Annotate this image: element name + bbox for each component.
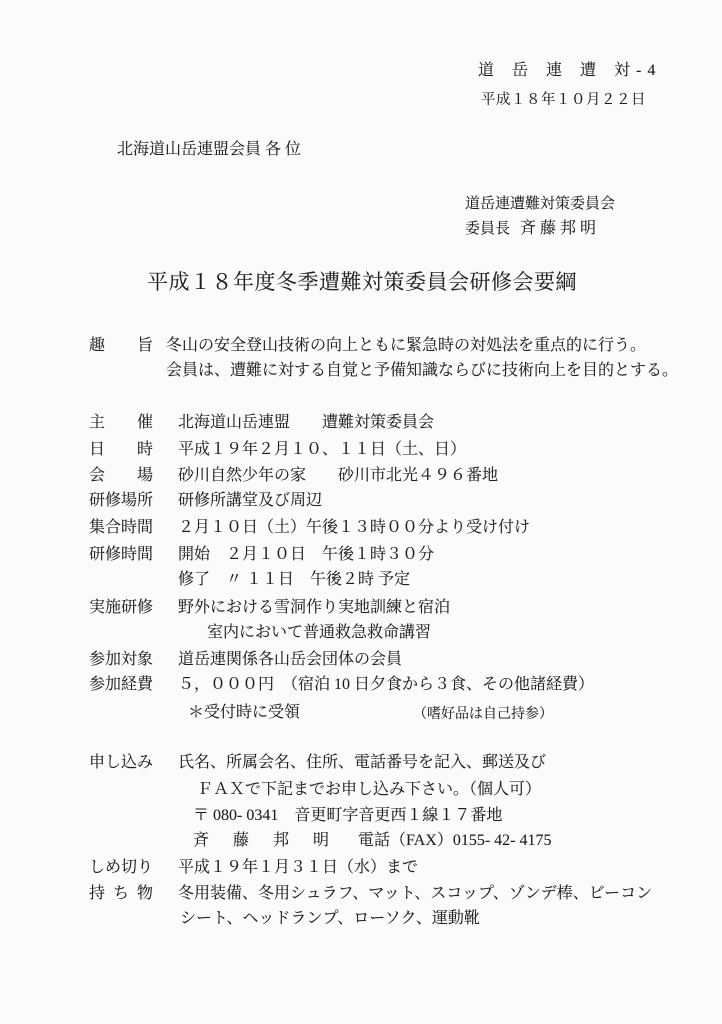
purpose-row-1: 趣旨 冬山の安全登山技術の向上ともに緊急時の対処法を重点的に行う。	[0, 335, 722, 357]
field-value: 〒 080- 0341 音更町字音更西１線１７番地	[193, 805, 502, 827]
field-value: 修了 〃 １１日 午後２時 予定	[178, 569, 410, 591]
field-label: 申し込み	[89, 752, 153, 774]
field-row-belongings: 持ち物 冬用装備、冬用シュラフ、マット、スコップ、ゾンデ棒、ビーコン	[0, 883, 722, 905]
field-row-application-2: ＦＡＸで下記までお申し込み下さい。（個人可）	[0, 779, 722, 801]
field-value: 平成１９年２月１０、１１日（土、日）	[178, 439, 466, 461]
field-row-belongings-2: シート、ヘッドランプ、ローソク、運動靴	[0, 908, 722, 930]
contact-phone: 電話（FAX）0155- 42- 4175	[358, 830, 551, 852]
field-row-fee: 参加経費 ５，０００円 （宿泊 10 日夕食から３食、その他諸経費）	[0, 674, 722, 696]
field-row-application-contact: 斉 藤 邦 明 電話（FAX）0155- 42- 4175	[0, 830, 722, 852]
field-row-deadline: しめ切り 平成１９年１月３１日（水）まで	[0, 857, 722, 879]
field-label: 研修時間	[89, 544, 153, 566]
field-row-venue: 会場 砂川自然少年の家 砂川市北光４９６番地	[0, 465, 722, 487]
sender-line: 委員長斉 藤 邦 明	[465, 218, 596, 240]
field-row-training-time-end: 修了 〃 １１日 午後２時 予定	[0, 569, 722, 591]
document-title: 平成１８年度冬季遭難対策委員会研修会要綱	[147, 271, 577, 293]
addressee-line: 北海道山岳連盟会員 各 位	[117, 139, 301, 161]
contact-name: 斉 藤 邦 明	[193, 830, 333, 852]
field-label: 参加経費	[89, 674, 153, 696]
field-value: シート、ヘッドランプ、ローソク、運動靴	[180, 908, 480, 930]
sender-name: 斉 藤 邦 明	[520, 220, 596, 237]
field-value: 冬用装備、冬用シュラフ、マット、スコップ、ゾンデ棒、ビーコン	[178, 883, 652, 905]
field-label: 日時	[89, 439, 153, 461]
field-row-training-time: 研修時間 開始 ２月１０日 午後１時３０分	[0, 544, 722, 566]
field-value: ２月１０日（土）午後１３時００分より受け付け	[178, 517, 530, 539]
sender-role: 委員長	[465, 221, 510, 237]
field-row-eligibility: 参加対象 道岳連関係各山岳会団体の会員	[0, 649, 722, 671]
field-value: 氏名、所属会名、住所、電話番号を記入、郵送及び	[178, 752, 546, 774]
field-row-organizer: 主催 北海道山岳連盟 遭難対策委員会	[0, 412, 722, 434]
field-value: 研修所講堂及び周辺	[178, 490, 322, 512]
field-value: 室内において普通救急救命講習	[207, 622, 431, 644]
field-row-training-content-2: 室内において普通救急救命講習	[0, 622, 722, 644]
field-row-training-place: 研修場所 研修所講堂及び周辺	[0, 490, 722, 512]
field-value: 砂川自然少年の家 砂川市北光４９６番地	[178, 465, 498, 487]
field-row-datetime: 日時 平成１９年２月１０、１１日（土、日）	[0, 439, 722, 461]
field-row-application: 申し込み 氏名、所属会名、住所、電話番号を記入、郵送及び	[0, 752, 722, 774]
field-value: 北海道山岳連盟 遭難対策委員会	[178, 412, 434, 434]
purpose-label: 趣旨	[89, 335, 153, 357]
field-value: 開始 ２月１０日 午後１時３０分	[178, 544, 434, 566]
field-value: 平成１９年１月３１日（水）まで	[178, 857, 418, 879]
field-row-training-content: 実施研修 野外における雪洞作り実地訓練と宿泊	[0, 597, 722, 619]
purpose-line: 冬山の安全登山技術の向上ともに緊急時の対処法を重点的に行う。	[166, 335, 646, 357]
field-row-fee-note: ＊受付時に受領 （嗜好品は自己持参）	[0, 702, 722, 724]
field-value: 道岳連関係各山岳会団体の会員	[178, 649, 402, 671]
field-label: 実施研修	[89, 597, 153, 619]
field-value: ＦＡＸで下記までお申し込み下さい。（個人可）	[197, 779, 541, 801]
fee-note-main: ＊受付時に受領	[188, 702, 300, 724]
field-label: 研修場所	[89, 490, 153, 512]
scanned-document-page: 道 岳 連 遭 対 - 4 平成１８年１０月２２日 北海道山岳連盟会員 各 位 …	[0, 0, 722, 1024]
field-label: 持ち物	[89, 883, 153, 905]
field-label: しめ切り	[89, 857, 153, 879]
purpose-line: 会員は、遭難に対する自覚と予備知識ならびに技術向上を目的とする。	[166, 360, 678, 382]
field-row-application-address: 〒 080- 0341 音更町字音更西１線１７番地	[0, 805, 722, 827]
sender-organization: 道岳連遭難対策委員会	[465, 193, 615, 215]
field-label: 集合時間	[89, 517, 153, 539]
field-row-meeting-time: 集合時間 ２月１０日（土）午後１３時００分より受け付け	[0, 517, 722, 539]
purpose-row-2: 会員は、遭難に対する自覚と予備知識ならびに技術向上を目的とする。	[0, 360, 722, 382]
field-label: 会場	[89, 465, 153, 487]
field-value: 野外における雪洞作り実地訓練と宿泊	[178, 597, 450, 619]
doc-date: 平成１８年１０月２２日	[481, 89, 646, 111]
doc-reference-number: 道 岳 連 遭 対 - 4	[478, 60, 656, 82]
field-label: 参加対象	[89, 649, 153, 671]
field-label: 主催	[89, 412, 153, 434]
fee-note-sub: （嗜好品は自己持参）	[413, 704, 553, 726]
field-value: ５，０００円 （宿泊 10 日夕食から３食、その他諸経費）	[178, 674, 594, 696]
